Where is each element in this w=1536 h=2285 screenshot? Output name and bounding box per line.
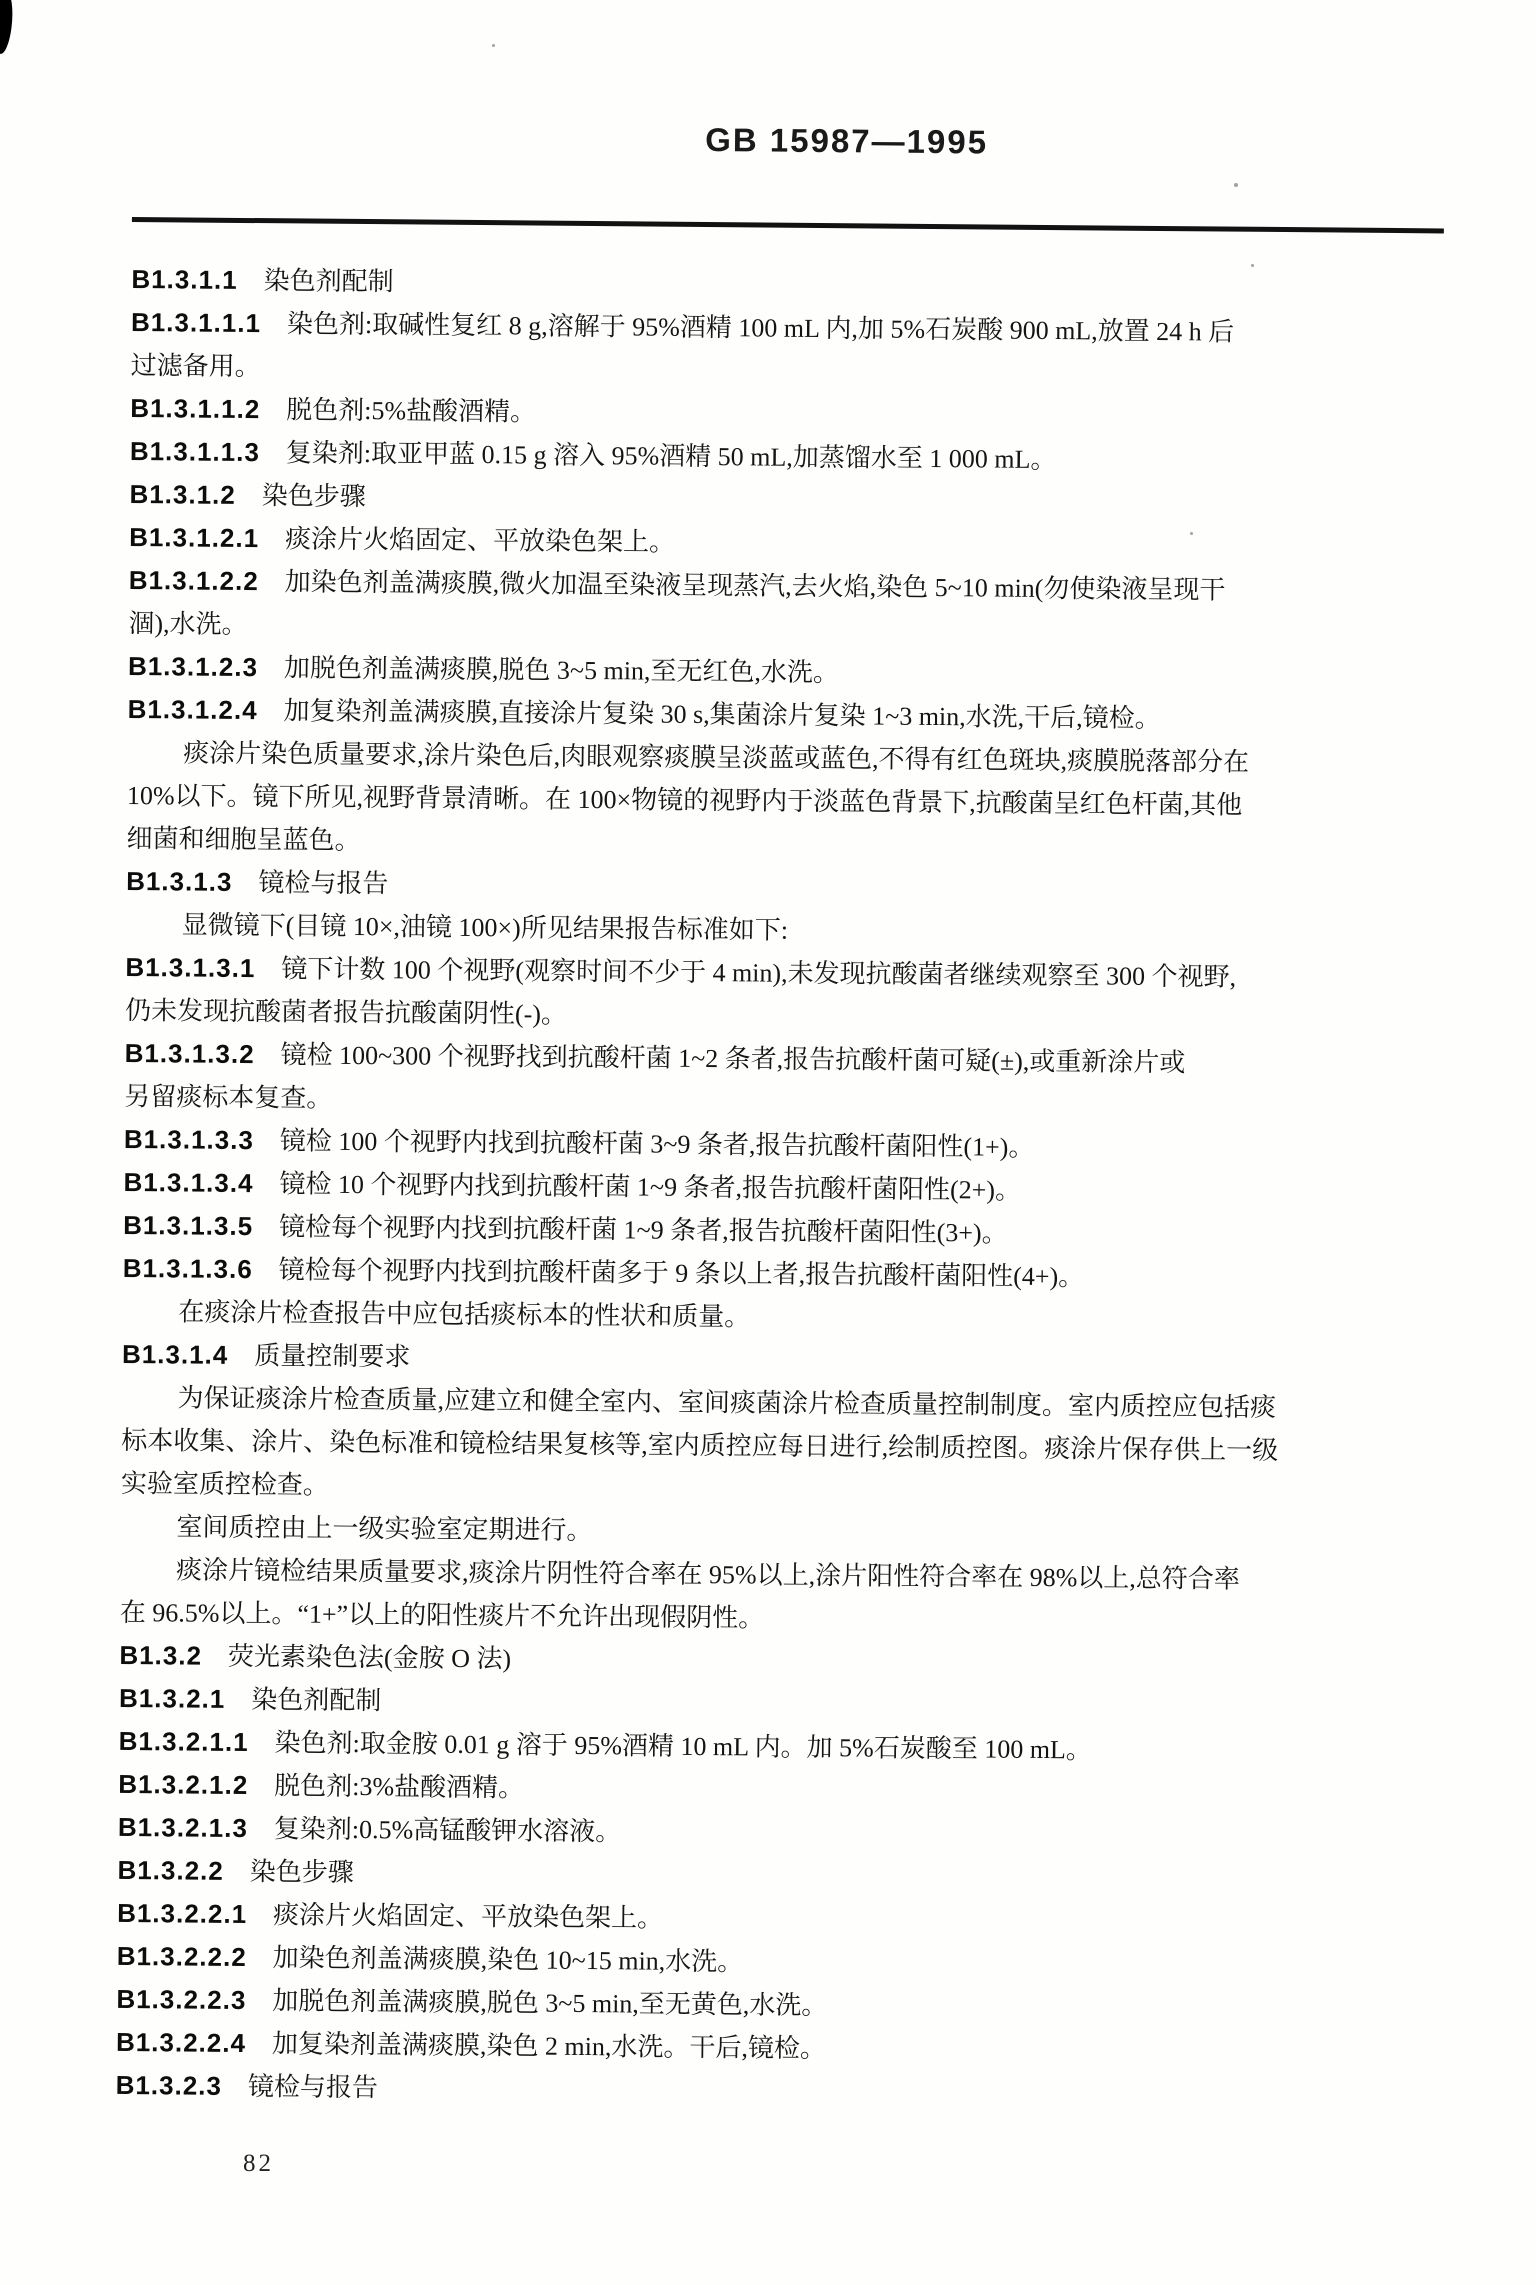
- clause-text: 染色剂:取金胺 0.01 g 溶于 95%酒精 10 mL 内。加 5%石炭酸至…: [274, 1728, 1092, 1764]
- scan-speck: [492, 44, 495, 47]
- clause-number: B1.3.1.3.3: [124, 1124, 254, 1155]
- clause-number: B1.3.2.2.1: [117, 1898, 247, 1929]
- clause-text: 镜检每个视野内找到抗酸杆菌 1~9 条者,报告抗酸杆菌阳性(3+)。: [279, 1212, 1008, 1247]
- document-content: GB 15987—1995 B1.3.1.1染色剂配制 B1.3.1.1.1染色…: [115, 96, 1444, 2118]
- clause-number: B1.3.1.3.5: [123, 1210, 253, 1241]
- clause-text: 显微镜下(目镜 10×,油镜 100×)所见结果报告标准如下:: [182, 910, 789, 944]
- clause-number: B1.3.1.2.2: [129, 565, 259, 596]
- clause-text: 染色剂配制: [251, 1685, 381, 1715]
- clause-text: 复染剂:取亚甲蓝 0.15 g 溶入 95%酒精 50 mL,加蒸馏水至 1 0…: [286, 438, 1057, 474]
- clause-paragraph: B1.3.1.3.1镜下计数 100 个视野(观察时间不少于 4 min),未发…: [125, 946, 1438, 1043]
- clause-number: B1.3.1.1: [131, 264, 238, 295]
- document-body: B1.3.1.1染色剂配制 B1.3.1.1.1染色剂:取碱性复红 8 g,溶解…: [115, 258, 1443, 2118]
- clause-number: B1.3.2.2.3: [116, 1984, 246, 2015]
- clause-number: B1.3.1.3.1: [125, 952, 255, 983]
- clause-text: 在痰涂片检查报告中应包括痰标本的性状和质量。: [178, 1297, 750, 1331]
- clause-text: 染色步骤: [262, 481, 366, 511]
- clause-number: B1.3.1.3.4: [123, 1167, 253, 1198]
- clause-paragraph: 为保证痰涂片检查质量,应建立和健全室内、室间痰菌涂片检查质量控制制度。室内质控应…: [121, 1376, 1434, 1516]
- clause-text: 荧光素染色法(金胺 O 法): [228, 1642, 511, 1673]
- clause-text: 染色步骤: [250, 1857, 354, 1887]
- clause-text: 为保证痰涂片检查质量,应建立和健全室内、室间痰菌涂片检查质量控制制度。室内质控应…: [121, 1383, 1279, 1499]
- clause-text: 加脱色剂盖满痰膜,脱色 3~5 min,至无黄色,水洗。: [272, 1986, 827, 2020]
- clause-paragraph: 痰涂片镜检结果质量要求,痰涂片阴性符合率在 95%以上,涂片阳性符合率在 98%…: [120, 1548, 1433, 1645]
- clause-number: B1.3.1.2: [129, 479, 236, 510]
- clause-number: B1.3.1.2.3: [128, 651, 258, 682]
- scanned-document-page: GB 15987—1995 B1.3.1.1染色剂配制 B1.3.1.1.1染色…: [0, 0, 1536, 2285]
- clause-text: 痰涂片火焰固定、平放染色架上。: [273, 1900, 663, 1932]
- header-rule: [132, 217, 1444, 233]
- clause-paragraph: B1.3.1.2.2加染色剂盖满痰膜,微火加温至染液呈现蒸汽,去火焰,染色 5~…: [128, 559, 1441, 656]
- clause-number: B1.3.1.2.1: [129, 522, 259, 553]
- clause-text: 染色剂:取碱性复红 8 g,溶解于 95%酒精 100 mL 内,加 5%石炭酸…: [131, 309, 1235, 381]
- clause-text: 加复染剂盖满痰膜,染色 2 min,水洗。干后,镜检。: [272, 2029, 826, 2063]
- clause-text: 痰涂片镜检结果质量要求,痰涂片阴性符合率在 95%以上,涂片阳性符合率在 98%…: [120, 1555, 1240, 1632]
- clause-text: 痰涂片染色质量要求,涂片染色后,肉眼观察痰膜呈淡蓝或蓝色,不得有红色斑块,痰膜脱…: [126, 738, 1249, 855]
- clause-number: B1.3.2.1: [119, 1683, 226, 1714]
- page-header: GB 15987—1995: [132, 118, 1445, 233]
- clause-text: 加染色剂盖满痰膜,染色 10~15 min,水洗。: [273, 1943, 744, 1976]
- clause-number: B1.3.2.2.2: [117, 1941, 247, 1972]
- standard-code: GB 15987—1995: [191, 119, 1503, 163]
- clause-text: 镜检 100 个视野内找到抗酸杆菌 3~9 条者,报告抗酸杆菌阳性(1+)。: [280, 1126, 1035, 1162]
- clause-text: 加复染剂盖满痰膜,直接涂片复染 30 s,集菌涂片复染 1~3 min,水洗,干…: [283, 696, 1160, 733]
- clause-number: B1.3.2: [119, 1640, 202, 1671]
- clause-number: B1.3.2.3: [116, 2070, 223, 2101]
- clause-paragraph: B1.3.1.3.2镜检 100~300 个视野找到抗酸杆菌 1~2 条者,报告…: [124, 1032, 1437, 1129]
- clause-text: 镜检 10 个视野内找到抗酸杆菌 1~9 条者,报告抗酸杆菌阳性(2+)。: [279, 1169, 1021, 1204]
- clause-paragraph: 痰涂片染色质量要求,涂片染色后,肉眼观察痰膜呈淡蓝或蓝色,不得有红色斑块,痰膜脱…: [126, 731, 1439, 871]
- page-number: 82: [243, 2150, 274, 2178]
- clause-number: B1.3.1.1.3: [130, 436, 260, 467]
- clause-number: B1.3.1.3.2: [125, 1038, 255, 1069]
- clause-text: 镜检 100~300 个视野找到抗酸杆菌 1~2 条者,报告抗酸杆菌可疑(±),…: [124, 1040, 1185, 1112]
- clause-text: 痰涂片火焰固定、平放染色架上。: [285, 524, 675, 556]
- clause-number: B1.3.1.2.4: [128, 694, 258, 725]
- clause-number: B1.3.1.1.1: [131, 307, 261, 338]
- clause-number: B1.3.2.1.1: [119, 1726, 249, 1757]
- clause-number: B1.3.1.3: [126, 866, 233, 897]
- clause-text: 染色剂配制: [264, 266, 394, 296]
- clause-number: B1.3.1.4: [122, 1339, 229, 1370]
- clause-text: 室间质控由上一级实验室定期进行。: [176, 1512, 592, 1545]
- clause-text: 加染色剂盖满痰膜,微火加温至染液呈现蒸汽,去火焰,染色 5~10 min(勿使染…: [128, 567, 1225, 639]
- clause-text: 脱色剂:3%盐酸酒精。: [274, 1771, 524, 1802]
- clause-number: B1.3.2.1.3: [118, 1812, 248, 1843]
- clause-text: 镜检与报告: [258, 868, 388, 898]
- clause-text: 镜检每个视野内找到抗酸杆菌多于 9 条以上者,报告抗酸杆菌阳性(4+)。: [279, 1255, 1085, 1291]
- clause-text: 脱色剂:5%盐酸酒精。: [286, 395, 536, 426]
- clause-text: 镜下计数 100 个视野(观察时间不少于 4 min),未发现抗酸菌者继续观察至…: [125, 954, 1236, 1028]
- clause-number: B1.3.2.1.2: [118, 1769, 248, 1800]
- clause-paragraph: B1.3.1.1.1染色剂:取碱性复红 8 g,溶解于 95%酒精 100 mL…: [130, 301, 1443, 398]
- clause-text: 镜检与报告: [248, 2072, 378, 2102]
- clause-text: 加脱色剂盖满痰膜,脱色 3~5 min,至无红色,水洗。: [284, 653, 839, 687]
- clause-number: B1.3.1.1.2: [130, 393, 260, 424]
- clause-number: B1.3.1.3.6: [123, 1253, 253, 1284]
- clause-number: B1.3.2.2: [117, 1855, 224, 1886]
- scan-ink-artifact: [0, 0, 16, 55]
- clause-number: B1.3.2.2.4: [116, 2027, 246, 2058]
- clause-text: 复染剂:0.5%高锰酸钾水溶液。: [274, 1814, 622, 1846]
- clause-text: 质量控制要求: [254, 1341, 410, 1371]
